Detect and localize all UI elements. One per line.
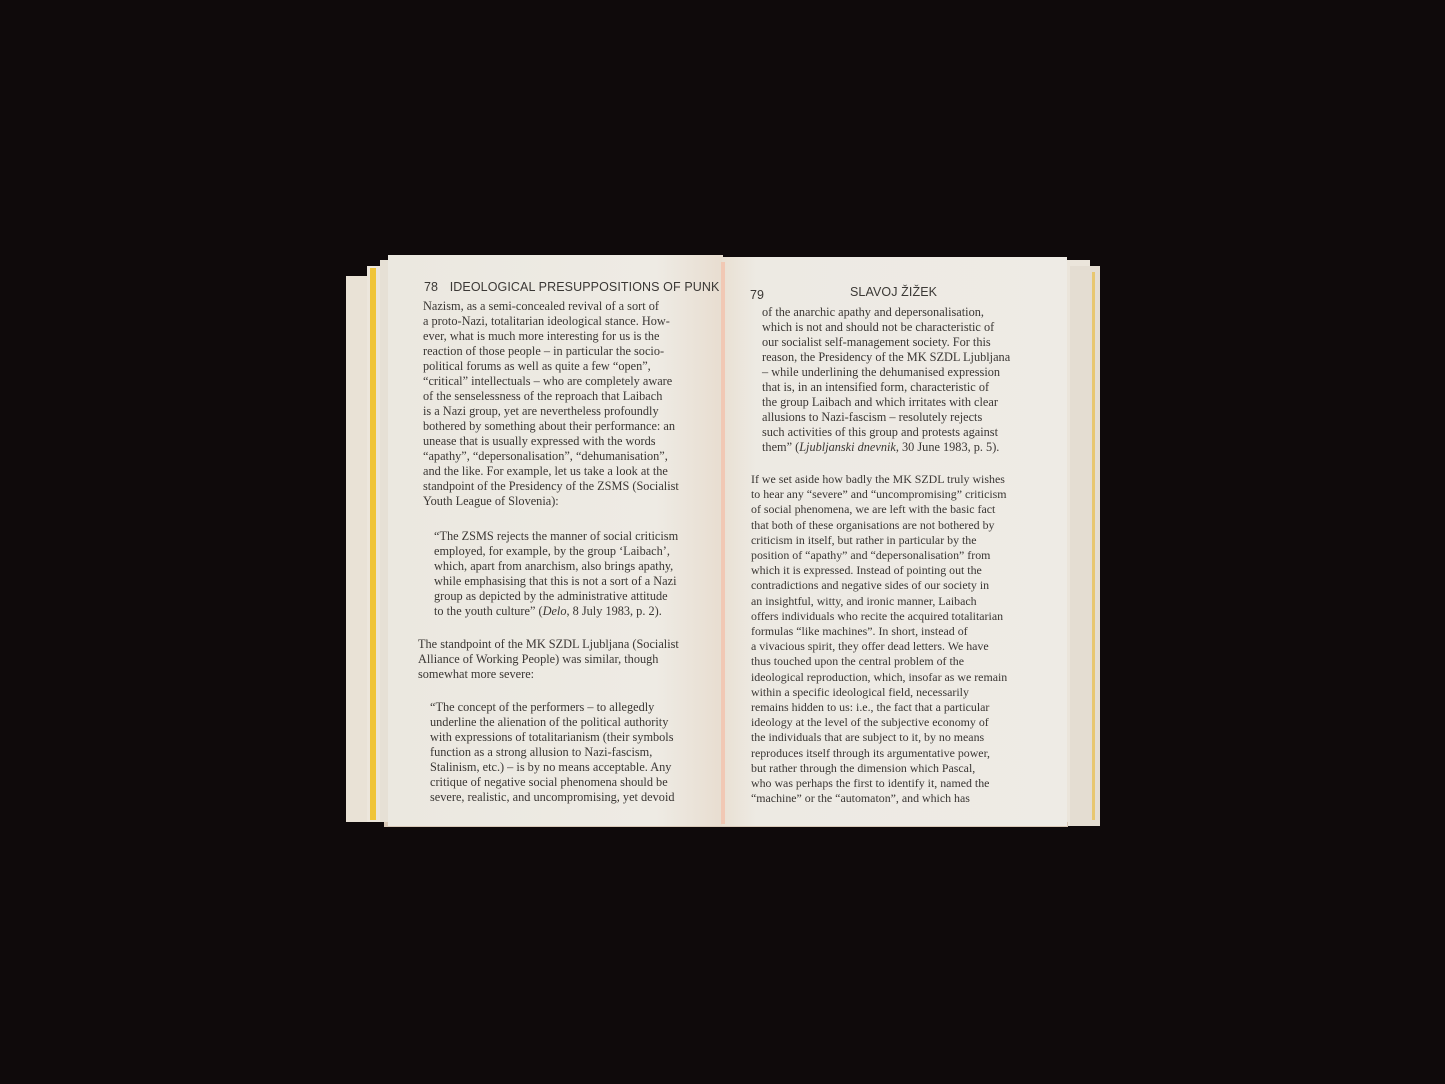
- citation-source: Ljubljanski dnevnik: [799, 440, 896, 454]
- text-line: reproduces itself through its argumentat…: [751, 746, 1007, 761]
- text-line: a proto-Nazi, totalitarian ideological s…: [423, 314, 679, 329]
- text-segment: them” (: [762, 440, 799, 454]
- text-line: thus touched upon the central problem of…: [751, 654, 1007, 669]
- text-line: function as a strong allusion to Nazi-fa…: [430, 745, 675, 760]
- text-line: political forums as well as quite a few …: [423, 359, 679, 374]
- text-line: unease that is usually expressed with th…: [423, 434, 679, 449]
- text-line: “machine” or the “automaton”, and which …: [751, 791, 1007, 806]
- text-line: The standpoint of the MK SZDL Ljubljana …: [418, 637, 679, 652]
- text-line: our socialist self-management society. F…: [762, 335, 1010, 350]
- text-line: severe, realistic, and uncompromising, y…: [430, 790, 675, 805]
- right-page-stack-edge: [1070, 266, 1100, 826]
- left-running-title: IDEOLOGICAL PRESUPPOSITIONS OF PUNK: [450, 280, 720, 294]
- text-line: – while underlining the dehumanised expr…: [762, 365, 1010, 380]
- text-line: such activities of this group and protes…: [762, 425, 1010, 440]
- book-gutter: [721, 262, 725, 824]
- text-line: employed, for example, by the group ‘Lai…: [434, 544, 678, 559]
- text-line: with expressions of totalitarianism (the…: [430, 730, 675, 745]
- text-line: Youth League of Slovenia):: [423, 494, 679, 509]
- text-line: who was perhaps the first to identify it…: [751, 776, 1007, 791]
- text-segment: to the youth culture” (: [434, 604, 543, 618]
- yellow-page-edge: [1092, 272, 1095, 820]
- text-line: of social phenomena, we are left with th…: [751, 502, 1007, 517]
- text-line: of the anarchic apathy and depersonalisa…: [762, 305, 1010, 320]
- right-block-quote-continued: of the anarchic apathy and depersonalisa…: [762, 305, 1010, 455]
- text-line: which, apart from anarchism, also brings…: [434, 559, 678, 574]
- yellow-page-edge: [370, 268, 376, 820]
- text-line: the individuals that are subject to it, …: [751, 730, 1007, 745]
- text-line: Stalinism, etc.) – is by no means accept…: [430, 760, 675, 775]
- text-line: that is, in an intensified form, charact…: [762, 380, 1010, 395]
- text-line: “critical” intellectuals – who are compl…: [423, 374, 679, 389]
- text-line: underline the alienation of the politica…: [430, 715, 675, 730]
- text-line: allusions to Nazi-fascism – resolutely r…: [762, 410, 1010, 425]
- citation-line: them” (Ljubljanski dnevnik, 30 June 1983…: [762, 440, 1010, 455]
- text-line: critique of negative social phenomena sh…: [430, 775, 675, 790]
- text-line: ideology at the level of the subjective …: [751, 715, 1007, 730]
- left-block-quote-2: “The concept of the performers – to alle…: [430, 700, 675, 805]
- left-page-number: 78: [424, 280, 438, 294]
- left-paragraph-1: Nazism, as a semi-concealed revival of a…: [423, 299, 679, 509]
- text-line: contradictions and negative sides of our…: [751, 578, 1007, 593]
- left-paragraph-2: The standpoint of the MK SZDL Ljubljana …: [418, 637, 679, 682]
- text-line: ideological reproduction, which, insofar…: [751, 670, 1007, 685]
- text-line: standpoint of the Presidency of the ZSMS…: [423, 479, 679, 494]
- text-line: which it is expressed. Instead of pointi…: [751, 563, 1007, 578]
- text-line: criticism in itself, but rather in parti…: [751, 533, 1007, 548]
- right-running-title: SLAVOJ ŽIŽEK: [850, 285, 937, 299]
- text-line: Alliance of Working People) was similar,…: [418, 652, 679, 667]
- text-line: somewhat more severe:: [418, 667, 679, 682]
- text-line: the group Laibach and which irritates wi…: [762, 395, 1010, 410]
- text-line: and the like. For example, let us take a…: [423, 464, 679, 479]
- text-line: that both of these organisations are not…: [751, 518, 1007, 533]
- text-line: bothered by something about their perfor…: [423, 419, 679, 434]
- text-line: If we set aside how badly the MK SZDL tr…: [751, 472, 1007, 487]
- text-segment: , 8 July 1983, p. 2).: [567, 604, 662, 618]
- text-line: while emphasising that this is not a sor…: [434, 574, 678, 589]
- text-line: “apathy”, “depersonalisation”, “dehumani…: [423, 449, 679, 464]
- text-line: group as depicted by the administrative …: [434, 589, 678, 604]
- text-line: which is not and should not be character…: [762, 320, 1010, 335]
- text-line: reaction of those people – in particular…: [423, 344, 679, 359]
- text-line: but rather through the dimension which P…: [751, 761, 1007, 776]
- text-line: position of “apathy” and “depersonalisat…: [751, 548, 1007, 563]
- text-line: to hear any “severe” and “uncompromising…: [751, 487, 1007, 502]
- text-line: an insightful, witty, and ironic manner,…: [751, 594, 1007, 609]
- text-line: Nazism, as a semi-concealed revival of a…: [423, 299, 679, 314]
- text-line: a vivacious spirit, they offer dead lett…: [751, 639, 1007, 654]
- text-line: “The concept of the performers – to alle…: [430, 700, 675, 715]
- right-paragraph: If we set aside how badly the MK SZDL tr…: [751, 472, 1007, 806]
- text-line: remains hidden to us: i.e., the fact tha…: [751, 700, 1007, 715]
- text-line: is a Nazi group, yet are nevertheless pr…: [423, 404, 679, 419]
- text-line: ever, what is much more interesting for …: [423, 329, 679, 344]
- text-line: “The ZSMS rejects the manner of social c…: [434, 529, 678, 544]
- text-segment: , 30 June 1983, p. 5).: [896, 440, 1000, 454]
- citation-line: to the youth culture” (Delo, 8 July 1983…: [434, 604, 678, 619]
- text-line: reason, the Presidency of the MK SZDL Lj…: [762, 350, 1010, 365]
- text-line: formulas “like machines”. In short, inst…: [751, 624, 1007, 639]
- left-block-quote-1: “The ZSMS rejects the manner of social c…: [434, 529, 678, 619]
- text-line: of the senselessness of the reproach tha…: [423, 389, 679, 404]
- text-line: within a specific ideological field, nec…: [751, 685, 1007, 700]
- text-line: offers individuals who recite the acquir…: [751, 609, 1007, 624]
- citation-source: Delo: [543, 604, 567, 618]
- right-page-number: 79: [750, 288, 764, 302]
- left-running-head: 78 IDEOLOGICAL PRESUPPOSITIONS OF PUNK: [424, 280, 719, 294]
- open-book: 78 IDEOLOGICAL PRESUPPOSITIONS OF PUNK 7…: [0, 0, 1445, 1084]
